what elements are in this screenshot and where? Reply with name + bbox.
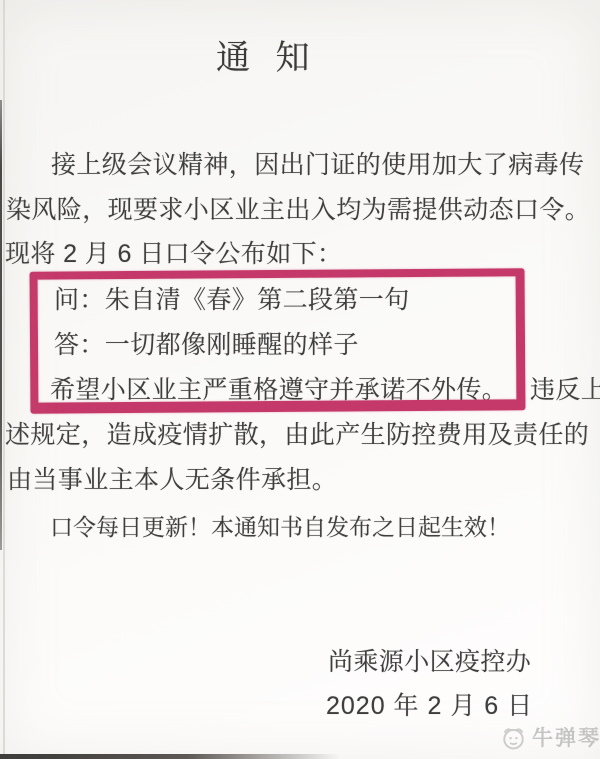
notice-effective-line: 口令每日更新！本通知书自发布之日起生效！	[50, 515, 510, 541]
password-warning-line: 希望小区业主严重格遵守并承诺不外传。	[50, 376, 507, 404]
password-answer-line: 答：一切都像刚睡醒的样子	[54, 331, 359, 359]
notice-body-line-3: 现将 2 月 6 日口令公布如下：	[5, 240, 342, 268]
scan-edge-left-dark	[0, 100, 2, 550]
notice-body-line-2: 染风险，现要求小区业主出入均为需提供动态口令。	[6, 196, 590, 224]
warning-overflow-text: 违反上	[530, 376, 600, 404]
notice-body-line-4: 述规定，造成疫情扩散，由此产生防控费用及责任的	[5, 421, 589, 449]
notice-title: 通 知	[216, 40, 309, 77]
watermark: 牛弹琴	[500, 722, 600, 752]
notice-date: 2020 年 2 月 6 日	[326, 692, 533, 720]
scan-edge-left-hairline	[3, 0, 5, 759]
notice-body-line-5: 由当事业主本人无条件承担。	[7, 466, 337, 494]
password-question-line: 问：朱自清《春》第二段第一句	[54, 286, 410, 314]
notice-signature: 尚乘源小区疫控办	[328, 648, 531, 676]
watermark-label: 牛弹琴	[532, 722, 600, 752]
scan-edge-bottom-dark	[0, 754, 340, 759]
notice-photo: 通 知 接上级会议精神，因出门证的使用加大了病毒传 染风险，现要求小区业主出入均…	[0, 0, 600, 759]
notice-body-line-1: 接上级会议精神，因出门证的使用加大了病毒传	[51, 151, 584, 179]
bull-logo-icon	[500, 724, 527, 751]
